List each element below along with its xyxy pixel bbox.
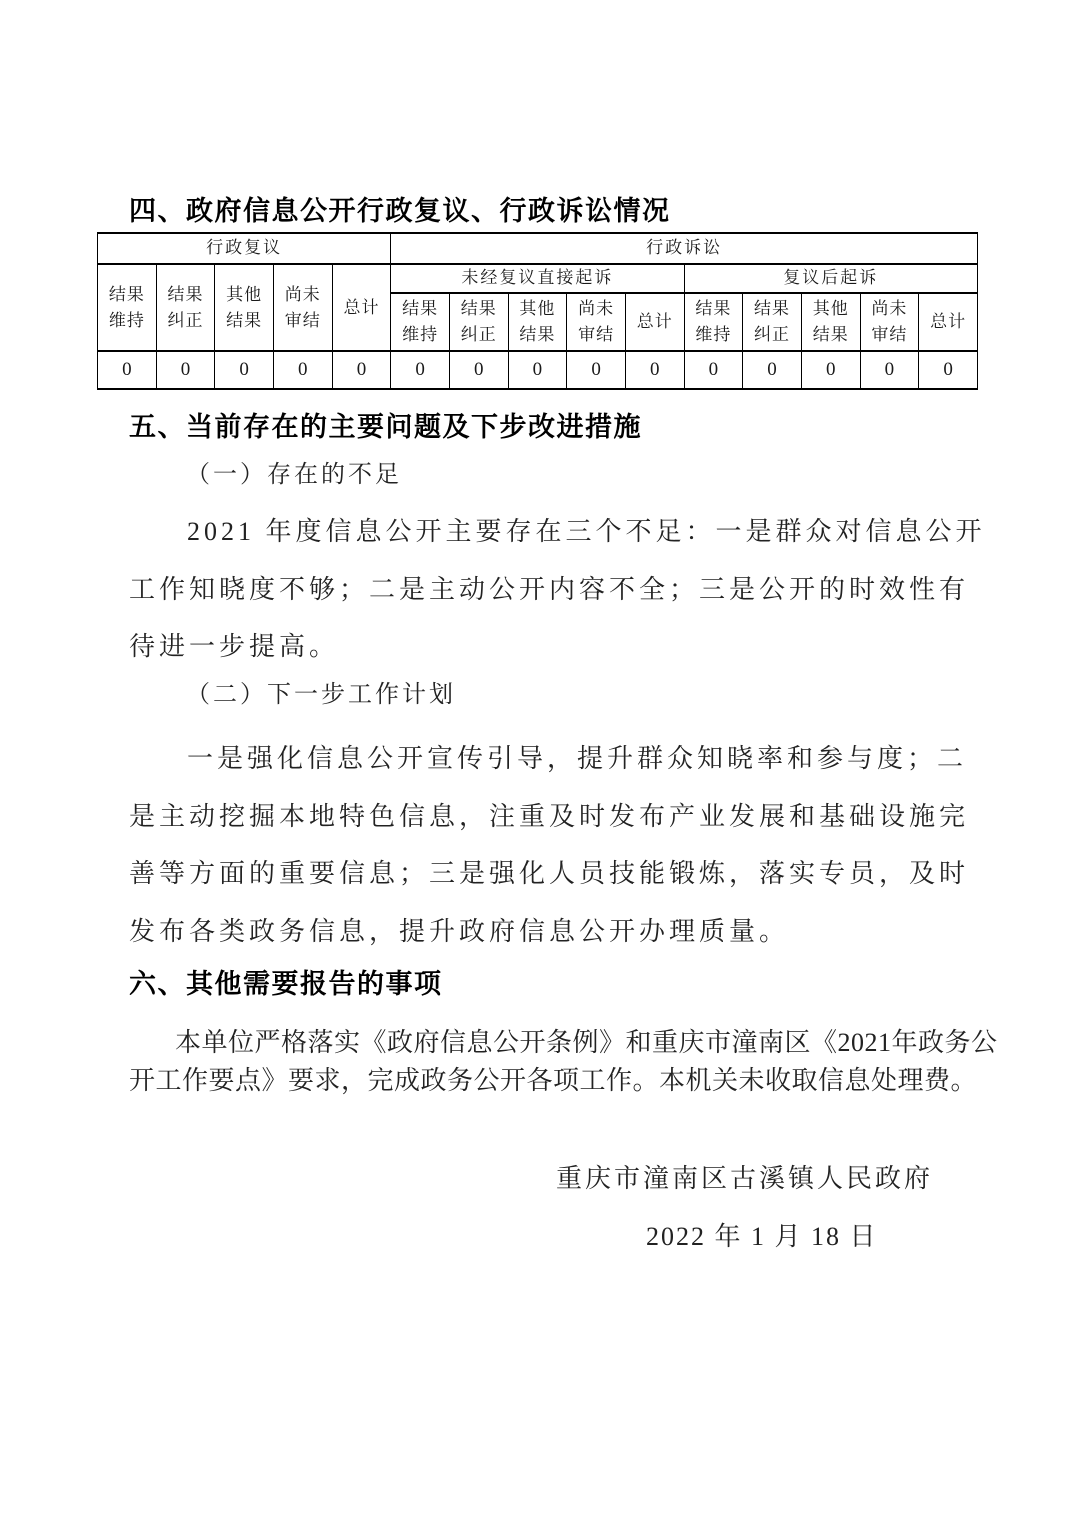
paragraph-line: 开工作要点》要求，完成政务公开各项工作。本机关未收取信息处理费。 <box>129 1062 1059 1100</box>
col-header-cell: 其他结果 <box>508 293 567 351</box>
paragraph-shortcomings: 2021 年度信息公开主要存在三个不足：一是群众对信息公开 工作知晓度不够；二是… <box>129 503 1009 676</box>
value-cell: 0 <box>567 351 626 389</box>
table-row-top-groups: 行政复议 行政诉讼 <box>98 233 978 264</box>
paragraph-line: 工作知晓度不够；二是主动公开内容不全；三是公开的时效性有 <box>129 561 1009 619</box>
paragraph-line: 是主动挖掘本地特色信息，注重及时发布产业发展和基础设施完 <box>129 788 1009 846</box>
value-cell: 0 <box>98 351 157 389</box>
value-cell: 0 <box>156 351 215 389</box>
section-four-heading: 四、政府信息公开行政复议、行政诉讼情况 <box>129 196 671 227</box>
paragraph-line: 本单位严格落实《政府信息公开条例》和重庆市潼南区《2021年政务公 <box>129 1024 1059 1062</box>
signature-issuer: 重庆市潼南区古溪镇人民政府 <box>556 1158 933 1195</box>
paragraph-line: 待进一步提高。 <box>129 618 1009 676</box>
col-header-cell: 结果维持 <box>98 264 157 351</box>
subgroup-cell-post-review-suit: 复议后起诉 <box>684 264 977 293</box>
col-header-cell: 总计 <box>625 293 684 351</box>
group-cell-admin-litigation: 行政诉讼 <box>391 233 978 264</box>
subsection-two-title: （二）下一步工作计划 <box>186 681 456 710</box>
value-cell: 0 <box>860 351 919 389</box>
col-header-cell: 结果纠正 <box>156 264 215 351</box>
report-page: 四、政府信息公开行政复议、行政诉讼情况 行政复议 行政诉讼 结果维持 结果纠正 … <box>0 0 1074 1520</box>
value-cell: 0 <box>508 351 567 389</box>
col-header-cell: 结果维持 <box>684 293 743 351</box>
value-cell: 0 <box>391 351 450 389</box>
signature-date: 2022 年 1 月 18 日 <box>646 1216 878 1253</box>
col-header-cell: 结果维持 <box>391 293 450 351</box>
col-header-cell: 总计 <box>332 264 391 351</box>
section-five-heading: 五、当前存在的主要问题及下步改进措施 <box>129 412 642 443</box>
paragraph-other-matters: 本单位严格落实《政府信息公开条例》和重庆市潼南区《2021年政务公 开工作要点》… <box>129 1024 1059 1100</box>
review-litigation-table: 行政复议 行政诉讼 结果维持 结果纠正 其他结果 尚未审结 总计 未经复议直接起… <box>97 232 978 390</box>
col-header-cell: 结果纠正 <box>449 293 508 351</box>
subgroup-cell-direct-suit: 未经复议直接起诉 <box>391 264 684 293</box>
col-header-cell: 尚未审结 <box>860 293 919 351</box>
table-row-values: 0 0 0 0 0 0 0 0 0 0 0 0 0 0 0 <box>98 351 978 389</box>
value-cell: 0 <box>801 351 860 389</box>
value-cell: 0 <box>684 351 743 389</box>
value-cell: 0 <box>625 351 684 389</box>
col-header-cell: 其他结果 <box>215 264 274 351</box>
paragraph-work-plan: 一是强化信息公开宣传引导，提升群众知晓率和参与度；二 是主动挖掘本地特色信息，注… <box>129 730 1009 960</box>
section-six-heading: 六、其他需要报告的事项 <box>129 969 443 1000</box>
subsection-one-title: （一）存在的不足 <box>186 461 402 490</box>
paragraph-line: 发布各类政务信息，提升政府信息公开办理质量。 <box>129 903 1009 961</box>
group-cell-admin-review: 行政复议 <box>98 233 391 264</box>
col-header-cell: 其他结果 <box>801 293 860 351</box>
paragraph-line: 一是强化信息公开宣传引导，提升群众知晓率和参与度；二 <box>129 730 1009 788</box>
value-cell: 0 <box>332 351 391 389</box>
table-row-subgroups: 结果维持 结果纠正 其他结果 尚未审结 总计 未经复议直接起诉 复议后起诉 <box>98 264 978 293</box>
value-cell: 0 <box>743 351 802 389</box>
col-header-cell: 结果纠正 <box>743 293 802 351</box>
col-header-cell: 尚未审结 <box>567 293 626 351</box>
paragraph-line: 2021 年度信息公开主要存在三个不足：一是群众对信息公开 <box>129 503 1009 561</box>
col-header-cell: 尚未审结 <box>273 264 332 351</box>
paragraph-line: 善等方面的重要信息；三是强化人员技能锻炼，落实专员，及时 <box>129 845 1009 903</box>
value-cell: 0 <box>919 351 978 389</box>
value-cell: 0 <box>273 351 332 389</box>
value-cell: 0 <box>215 351 274 389</box>
review-litigation-table-wrap: 行政复议 行政诉讼 结果维持 结果纠正 其他结果 尚未审结 总计 未经复议直接起… <box>97 232 978 390</box>
value-cell: 0 <box>449 351 508 389</box>
col-header-cell: 总计 <box>919 293 978 351</box>
